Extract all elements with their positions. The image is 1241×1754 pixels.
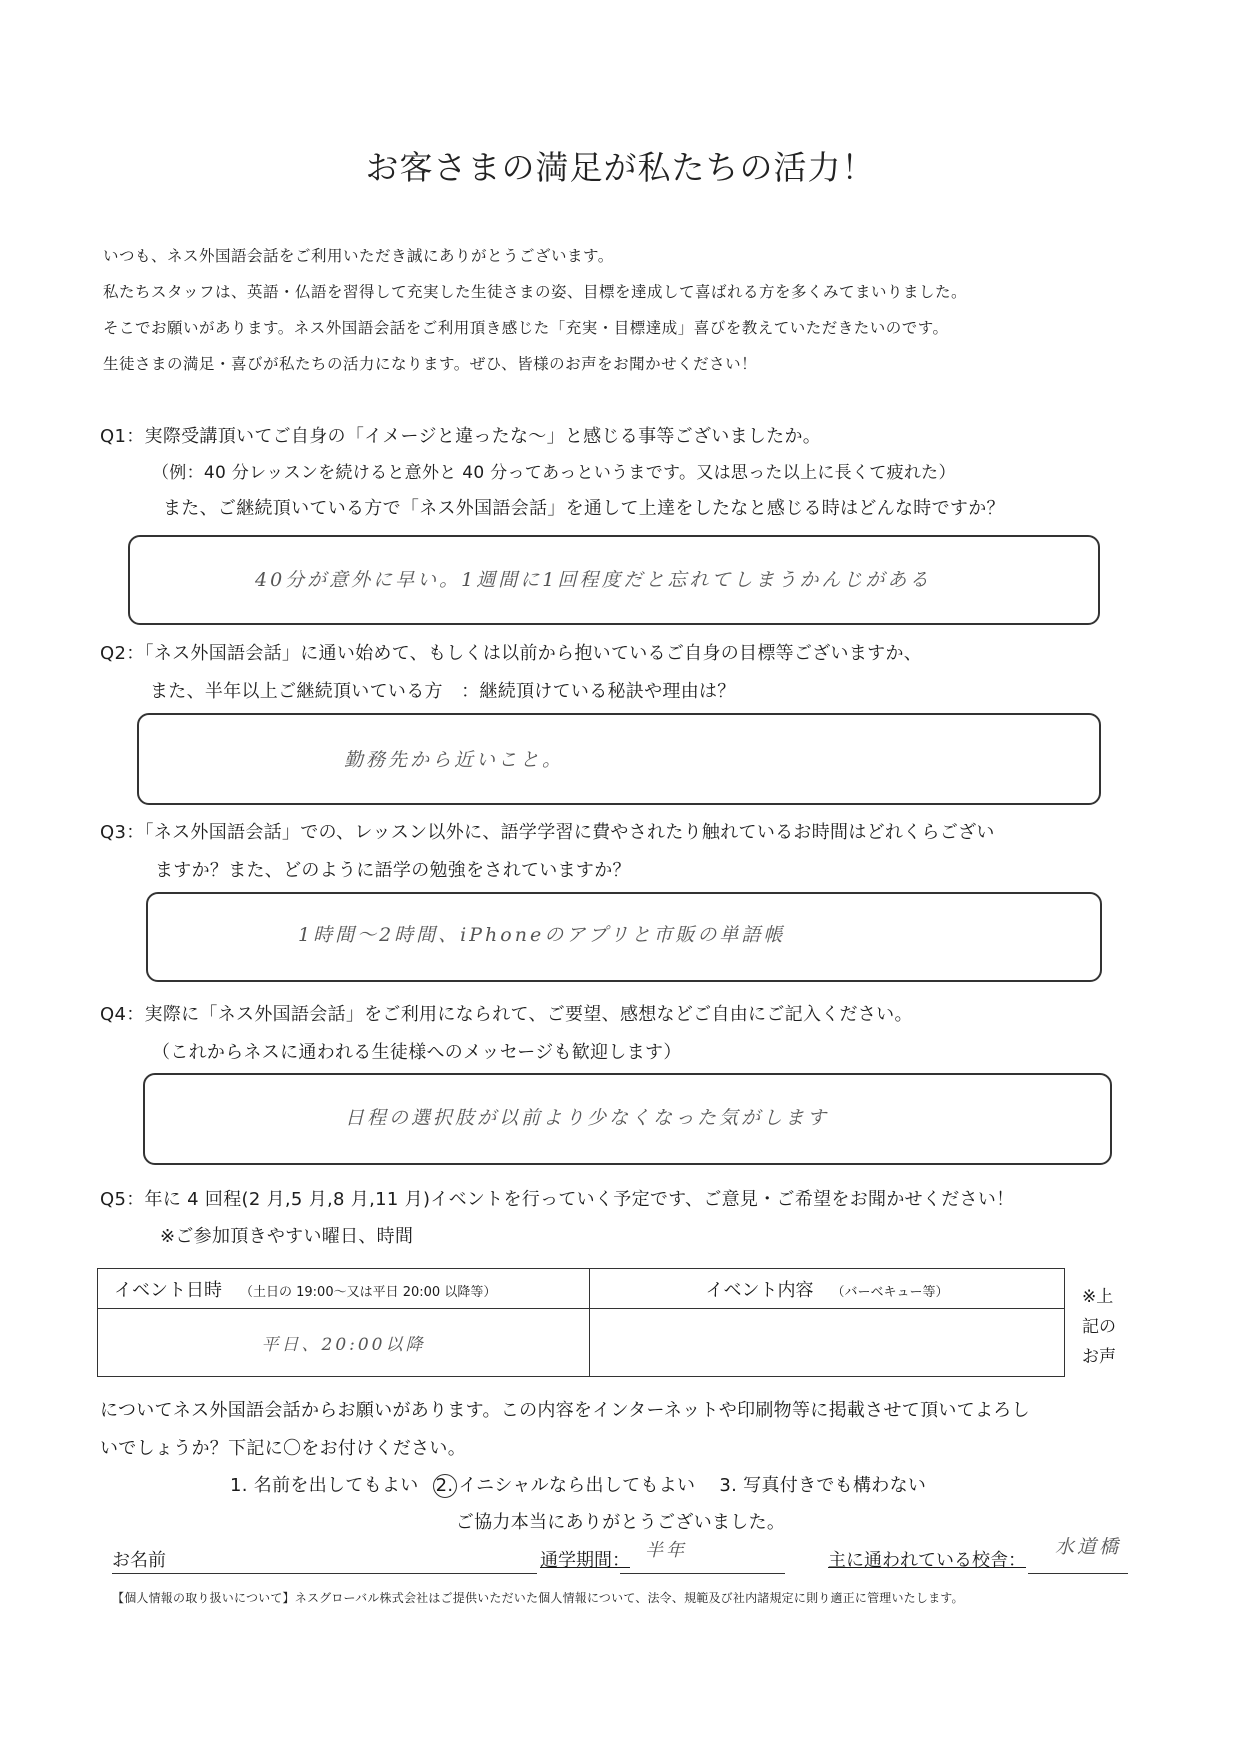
q2-answer-text: 勤務先から近いこと。 bbox=[344, 745, 564, 772]
q4-answer-text: 日程の選択肢が以前より少なくなった気がします bbox=[345, 1103, 829, 1130]
consent-line-1: についてネス外国語会話からお願いがあります。この内容をインターネットや印刷物等に… bbox=[100, 1396, 1030, 1422]
event-datetime-hint: （土日の 19:00～又は平日 20:00 以降等） bbox=[240, 1285, 496, 1300]
name-field-line[interactable] bbox=[112, 1572, 537, 1574]
event-content-cell[interactable] bbox=[590, 1309, 1065, 1377]
consent-line-2: いでしょうか？下記に〇をお付けください。 bbox=[100, 1434, 466, 1460]
q3-line-2: ますか？また、どのように語学の勉強をされていますか？ bbox=[155, 856, 631, 882]
event-content-header-label: イベント内容 bbox=[705, 1280, 813, 1301]
q1-line-1: Q1：実際受講頂いてご自身の「イメージと違ったな～」と感じる事等ございましたか。 bbox=[100, 422, 821, 448]
q3-answer-text: 1時間～2時間、iPhoneのアプリと市販の単語帳 bbox=[298, 920, 785, 947]
q2-line-2: また、半年以上ご継続頂いている方 ：継続頂けている秘訣や理由は？ bbox=[150, 677, 736, 703]
privacy-notice: 【個人情報の取り扱いについて】ネスグローバル株式会社はご提供いただいた個人情報に… bbox=[112, 1589, 964, 1606]
event-datetime-header: イベント日時（土日の 19:00～又は平日 20:00 以降等） bbox=[98, 1269, 590, 1309]
q2-answer-box[interactable]: 勤務先から近いこと。 bbox=[137, 713, 1101, 805]
event-datetime-answer: 平日、20:00以降 bbox=[262, 1335, 426, 1355]
q1-line-3: また、ご継続頂いている方で「ネス外国語会話」を通して上達をしたなと感じる時はどん… bbox=[163, 494, 1005, 520]
q5-line-2: ※ご参加頂きやすい曜日、時間 bbox=[160, 1222, 413, 1248]
consent-option-1[interactable]: 1. 名前を出してもよい bbox=[230, 1475, 419, 1496]
selected-circle-mark: 2. bbox=[433, 1474, 457, 1498]
school-field-label: 主に通われている校舎： bbox=[828, 1546, 1026, 1572]
q3-line-1: Q3：「ネス外国語会話」での、レッスン以外に、語学学習に費やされたり触れているお… bbox=[100, 818, 995, 844]
q2-line-1: Q2：「ネス外国語会話」に通い始めて、もしくは以前から抱いているご自身の目標等ご… bbox=[100, 639, 922, 665]
intro-line-2: 私たちスタッフは、英語・仏語を習得して充実した生徒さまの姿、目標を達成して喜ばれ… bbox=[103, 280, 967, 302]
q4-answer-box[interactable]: 日程の選択肢が以前より少なくなった気がします bbox=[143, 1073, 1112, 1165]
q1-line-2: （例：40 分レッスンを続けると意外と 40 分ってあっというまです。又は思った… bbox=[152, 458, 956, 483]
period-label-text: 通学期間： bbox=[540, 1550, 630, 1571]
period-field-label: 通学期間： bbox=[540, 1546, 630, 1572]
q5-line-1: Q5：年に 4 回程(2 月,5 月,8 月,11 月)イベントを行っていく予定… bbox=[100, 1185, 1014, 1211]
consent-options: 1. 名前を出してもよい 2.イニシャルなら出してもよい 3. 写真付きでも構わ… bbox=[230, 1471, 926, 1498]
period-field-value: 半年 bbox=[645, 1536, 687, 1562]
event-datetime-cell[interactable]: 平日、20:00以降 bbox=[98, 1309, 590, 1377]
intro-line-3: そこでお願いがあります。ネス外国語会話をご利用頂き感じた「充実・目標達成」喜びを… bbox=[103, 316, 949, 338]
side-note: ※上 記の お声 bbox=[1082, 1282, 1122, 1372]
consent-option-3[interactable]: 3. 写真付きでも構わない bbox=[719, 1475, 926, 1496]
intro-line-1: いつも、ネス外国語会話をご利用いただき誠にありがとうございます。 bbox=[103, 244, 614, 266]
q4-line-1: Q4：実際に「ネス外国語会話」をご利用になられて、ご要望、感想などご自由にご記入… bbox=[100, 1000, 913, 1026]
school-label-text: 主に通われている校舎： bbox=[828, 1550, 1026, 1571]
q1-answer-box[interactable]: 40分が意外に早い。1週間に1回程度だと忘れてしまうかんじがある bbox=[128, 535, 1100, 625]
consent-option-2[interactable]: 2.イニシャルなら出してもよい bbox=[433, 1475, 702, 1496]
school-field-line[interactable] bbox=[1028, 1572, 1128, 1574]
period-field-line[interactable] bbox=[620, 1572, 785, 1574]
side-note-line-1: ※上 bbox=[1082, 1282, 1122, 1312]
event-content-header: イベント内容（バーベキュー等） bbox=[590, 1269, 1065, 1309]
event-datetime-header-label: イベント日時 bbox=[114, 1280, 222, 1301]
q1-answer-text: 40分が意外に早い。1週間に1回程度だと忘れてしまうかんじがある bbox=[255, 565, 931, 592]
thanks-message: ご協力本当にありがとうございました。 bbox=[0, 1508, 1241, 1534]
consent-option-2-label: イニシャルなら出してもよい bbox=[459, 1475, 696, 1496]
q3-answer-box[interactable]: 1時間～2時間、iPhoneのアプリと市販の単語帳 bbox=[146, 892, 1102, 982]
event-table: イベント日時（土日の 19:00～又は平日 20:00 以降等） イベント内容（… bbox=[97, 1268, 1065, 1377]
side-note-line-2: 記の bbox=[1082, 1312, 1122, 1342]
page-title: お客さまの満足が私たちの活力！ bbox=[0, 142, 1241, 189]
side-note-line-3: お声 bbox=[1082, 1342, 1122, 1372]
intro-line-4: 生徒さまの満足・喜びが私たちの活力になります。ぜひ、皆様のお声をお聞かせください… bbox=[103, 352, 757, 374]
q4-line-2: （これからネスに通われる生徒様へのメッセージも歓迎します） bbox=[152, 1038, 682, 1064]
name-field-label: お名前 bbox=[112, 1546, 166, 1572]
school-field-value: 水道橋 bbox=[1055, 1532, 1121, 1559]
event-content-hint: （バーベキュー等） bbox=[831, 1285, 948, 1300]
